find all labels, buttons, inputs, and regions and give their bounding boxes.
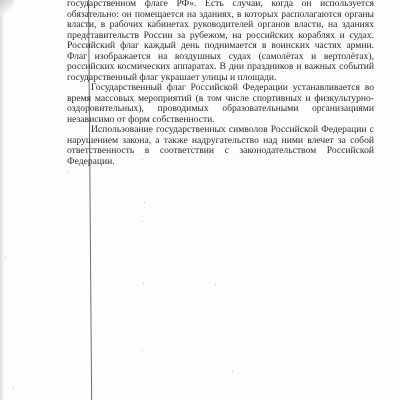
scan-speck <box>215 284 216 285</box>
scan-speck <box>142 221 143 222</box>
paragraph-flag-usage: государственном флаге РФ». Есть случаи, … <box>67 0 374 83</box>
page-edge-shadow <box>0 0 4 400</box>
scan-speck <box>142 350 143 351</box>
scan-speck <box>13 387 14 388</box>
scanned-page: государственном флаге РФ». Есть случаи, … <box>0 0 400 400</box>
scan-speck <box>144 202 145 203</box>
paragraph-flag-mass-events: Государственный флаг Российской Федераци… <box>67 83 374 125</box>
paragraph-symbols-violation: Использование государственных символов Р… <box>67 125 374 167</box>
scan-speck <box>143 283 144 284</box>
page-corner-fold <box>0 0 14 16</box>
scan-speck <box>5 257 6 258</box>
scan-speck <box>232 371 233 372</box>
scan-speck <box>68 171 69 172</box>
document-body: государственном флаге РФ». Есть случаи, … <box>67 0 374 167</box>
